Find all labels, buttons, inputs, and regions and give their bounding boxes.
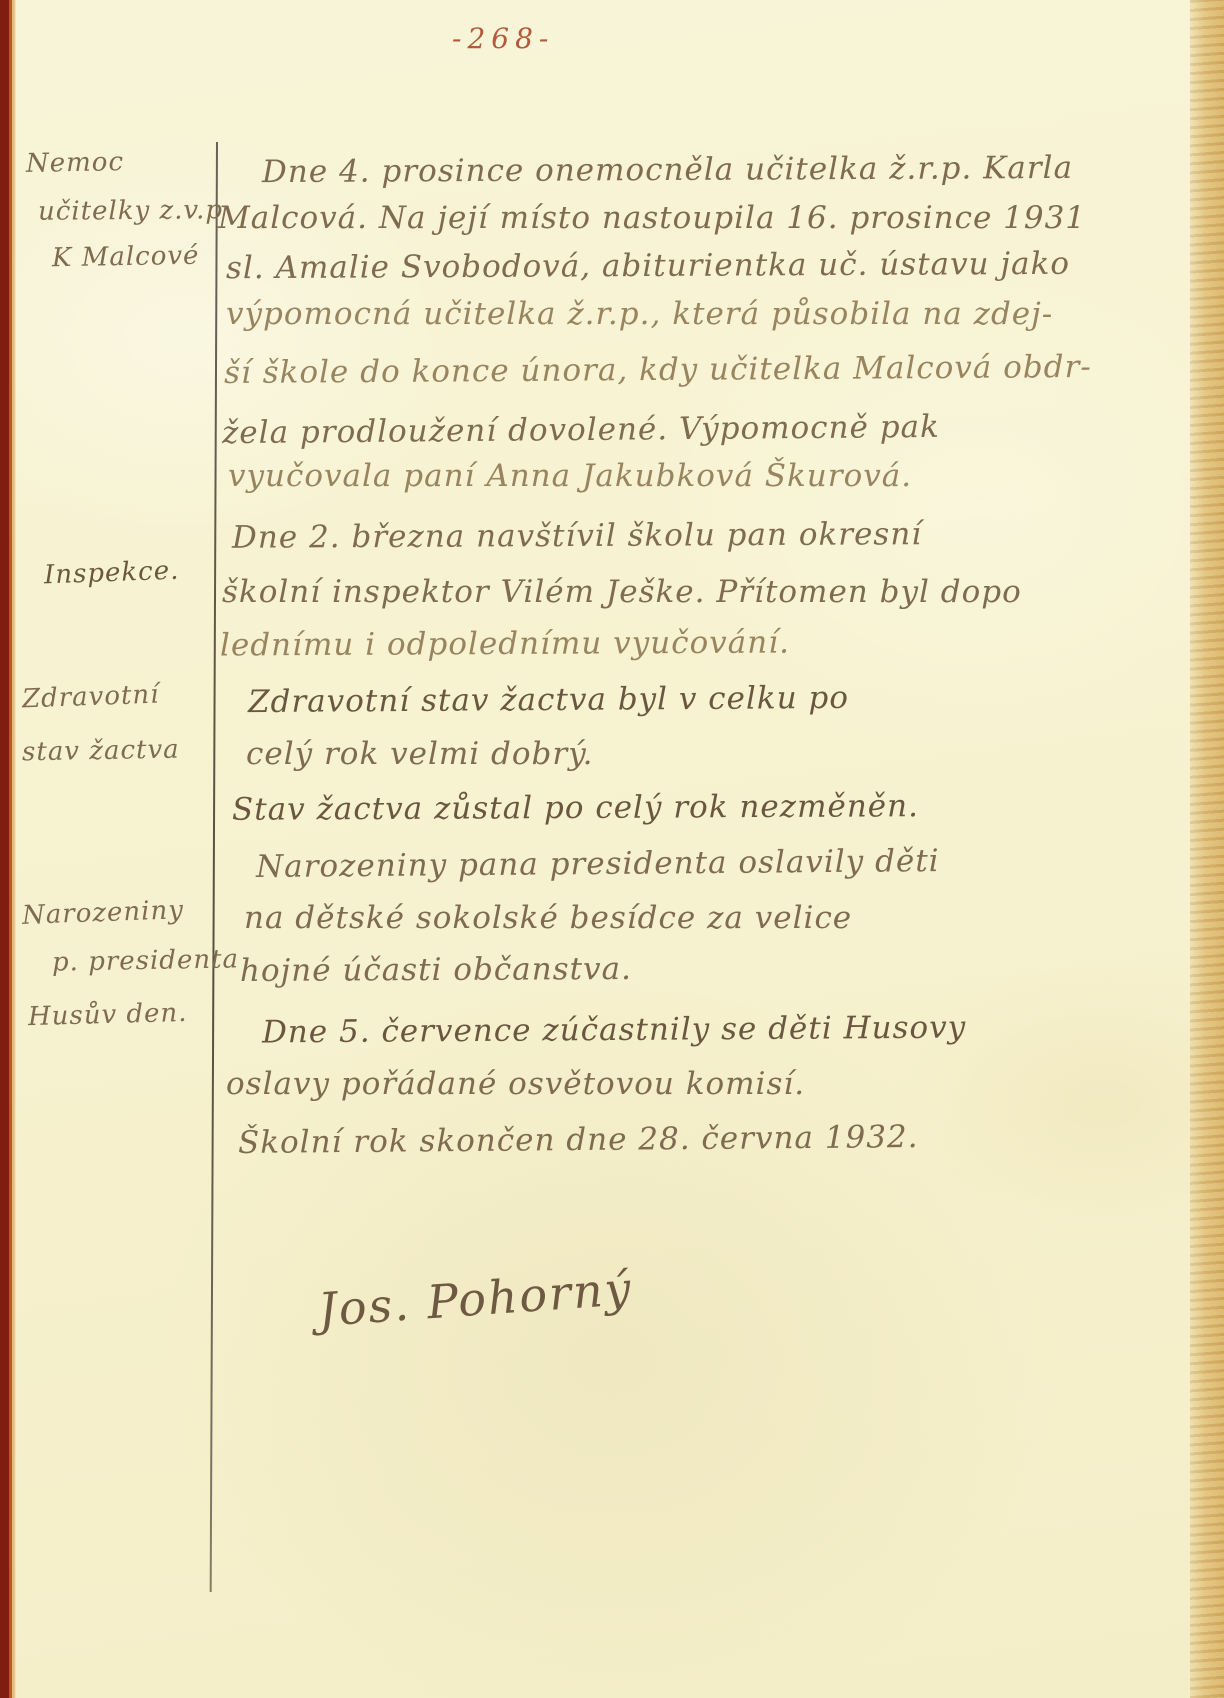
page-number: -268- <box>452 22 554 55</box>
margin-note-birthday-line1: Narozeniny <box>22 895 185 931</box>
margin-note-hus-day: Husův den. <box>28 998 188 1032</box>
text-line-7: vyučovala paní Anna Jakubková Škurová. <box>228 458 912 494</box>
text-line-16: hojné účasti občanstva. <box>240 951 632 989</box>
margin-note-health-line2: stav žactva <box>22 735 180 768</box>
margin-note-inspection: Inspekce. <box>44 556 180 591</box>
text-line-19: Školní rok skončen dne 28. června 1932. <box>238 1119 919 1161</box>
page-stack-edge <box>1190 0 1224 1698</box>
text-line-12: celý rok velmi dobrý. <box>246 736 593 772</box>
text-line-6: žela prodloužení dovolené. Výpomocně pak <box>222 409 940 451</box>
margin-note-illness-line1: Nemoc <box>26 147 125 179</box>
margin-note-illness-line3: K Malcové <box>52 241 200 274</box>
text-line-9: školní inspektor Vilém Ješke. Přítomen b… <box>222 574 1022 610</box>
margin-note-birthday-line2: p. presidenta <box>52 944 240 977</box>
text-line-15: na dětské sokolské besídce za velice <box>244 900 852 936</box>
text-line-2: Malcová. Na její místo nastoupila 16. pr… <box>218 200 1086 236</box>
signature: Jos. Pohorný <box>316 1261 634 1337</box>
text-line-14: Narozeniny pana presidenta oslavily děti <box>256 843 940 885</box>
text-line-17: Dne 5. července zúčastnily se děti Husov… <box>262 1010 966 1051</box>
text-line-18: oslavy pořádané osvětovou komisí. <box>226 1066 805 1102</box>
margin-note-health-line1: Zdravotní <box>22 680 160 715</box>
margin-rule-line <box>210 142 218 1592</box>
text-line-13: Stav žactva zůstal po celý rok nezměněn. <box>232 788 919 828</box>
text-line-5: ší škole do konce února, kdy učitelka Ma… <box>224 349 1092 391</box>
text-line-10: lednímu i odpolednímu vyučování. <box>220 625 790 664</box>
text-line-4: výpomocná učitelka ž.r.p., která působil… <box>226 296 1053 332</box>
margin-note-illness-line2: učitelky z.v.p <box>38 195 223 227</box>
book-binding-edge <box>0 0 16 1698</box>
text-line-3: sl. Amalie Svobodová, abiturientka uč. ú… <box>226 246 1070 286</box>
text-line-11: Zdravotní stav žactva byl v celku po <box>248 680 849 720</box>
text-line-1: Dne 4. prosince onemocněla učitelka ž.r.… <box>262 150 1073 190</box>
text-line-8: Dne 2. března navštívil školu pan okresn… <box>232 516 922 556</box>
manuscript-page: -268- Nemoc učitelky z.v.p K Malcové Ins… <box>0 0 1224 1698</box>
